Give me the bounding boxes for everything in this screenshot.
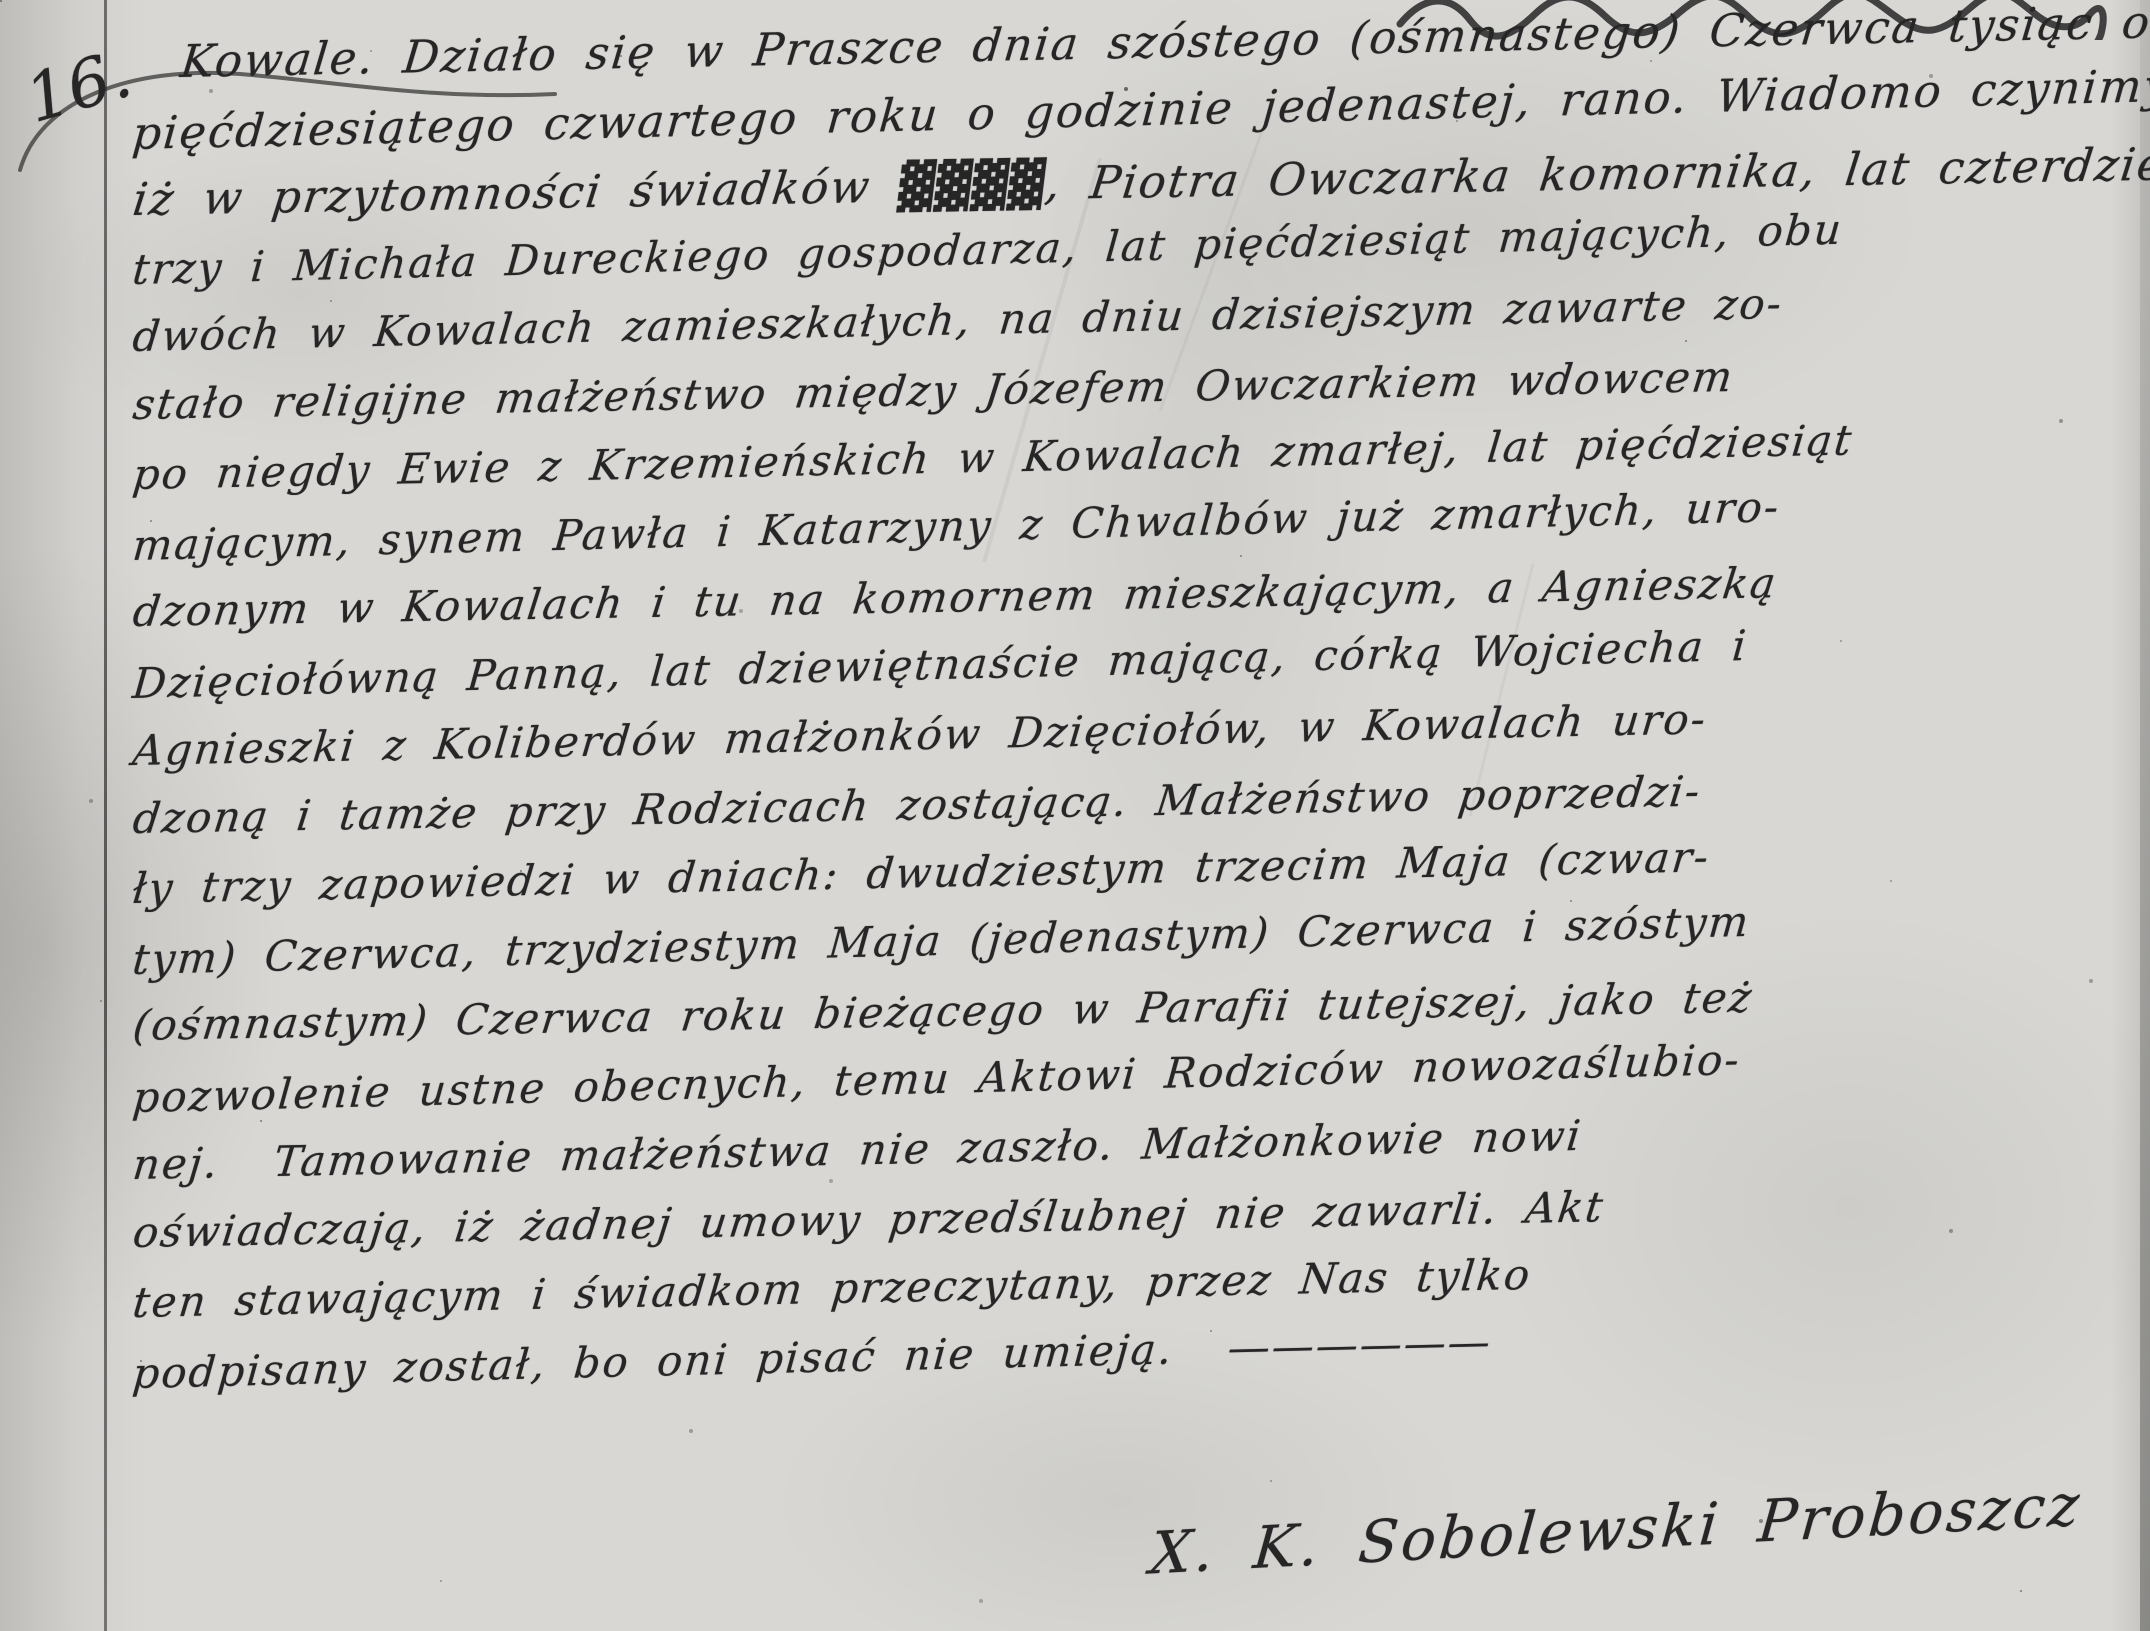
paper-speckle-noise xyxy=(0,0,2,2)
manuscript-text-block: Kowale. Działo się w Praszce dnia szóste… xyxy=(132,36,2150,1416)
priest-signature: X. K. Sobolewski Proboszcz xyxy=(1148,1470,2085,1587)
scanned-manuscript-page: 16. Kowale. Działo się w Praszce dnia sz… xyxy=(0,0,2150,1631)
margin-rule-line xyxy=(104,0,107,1631)
